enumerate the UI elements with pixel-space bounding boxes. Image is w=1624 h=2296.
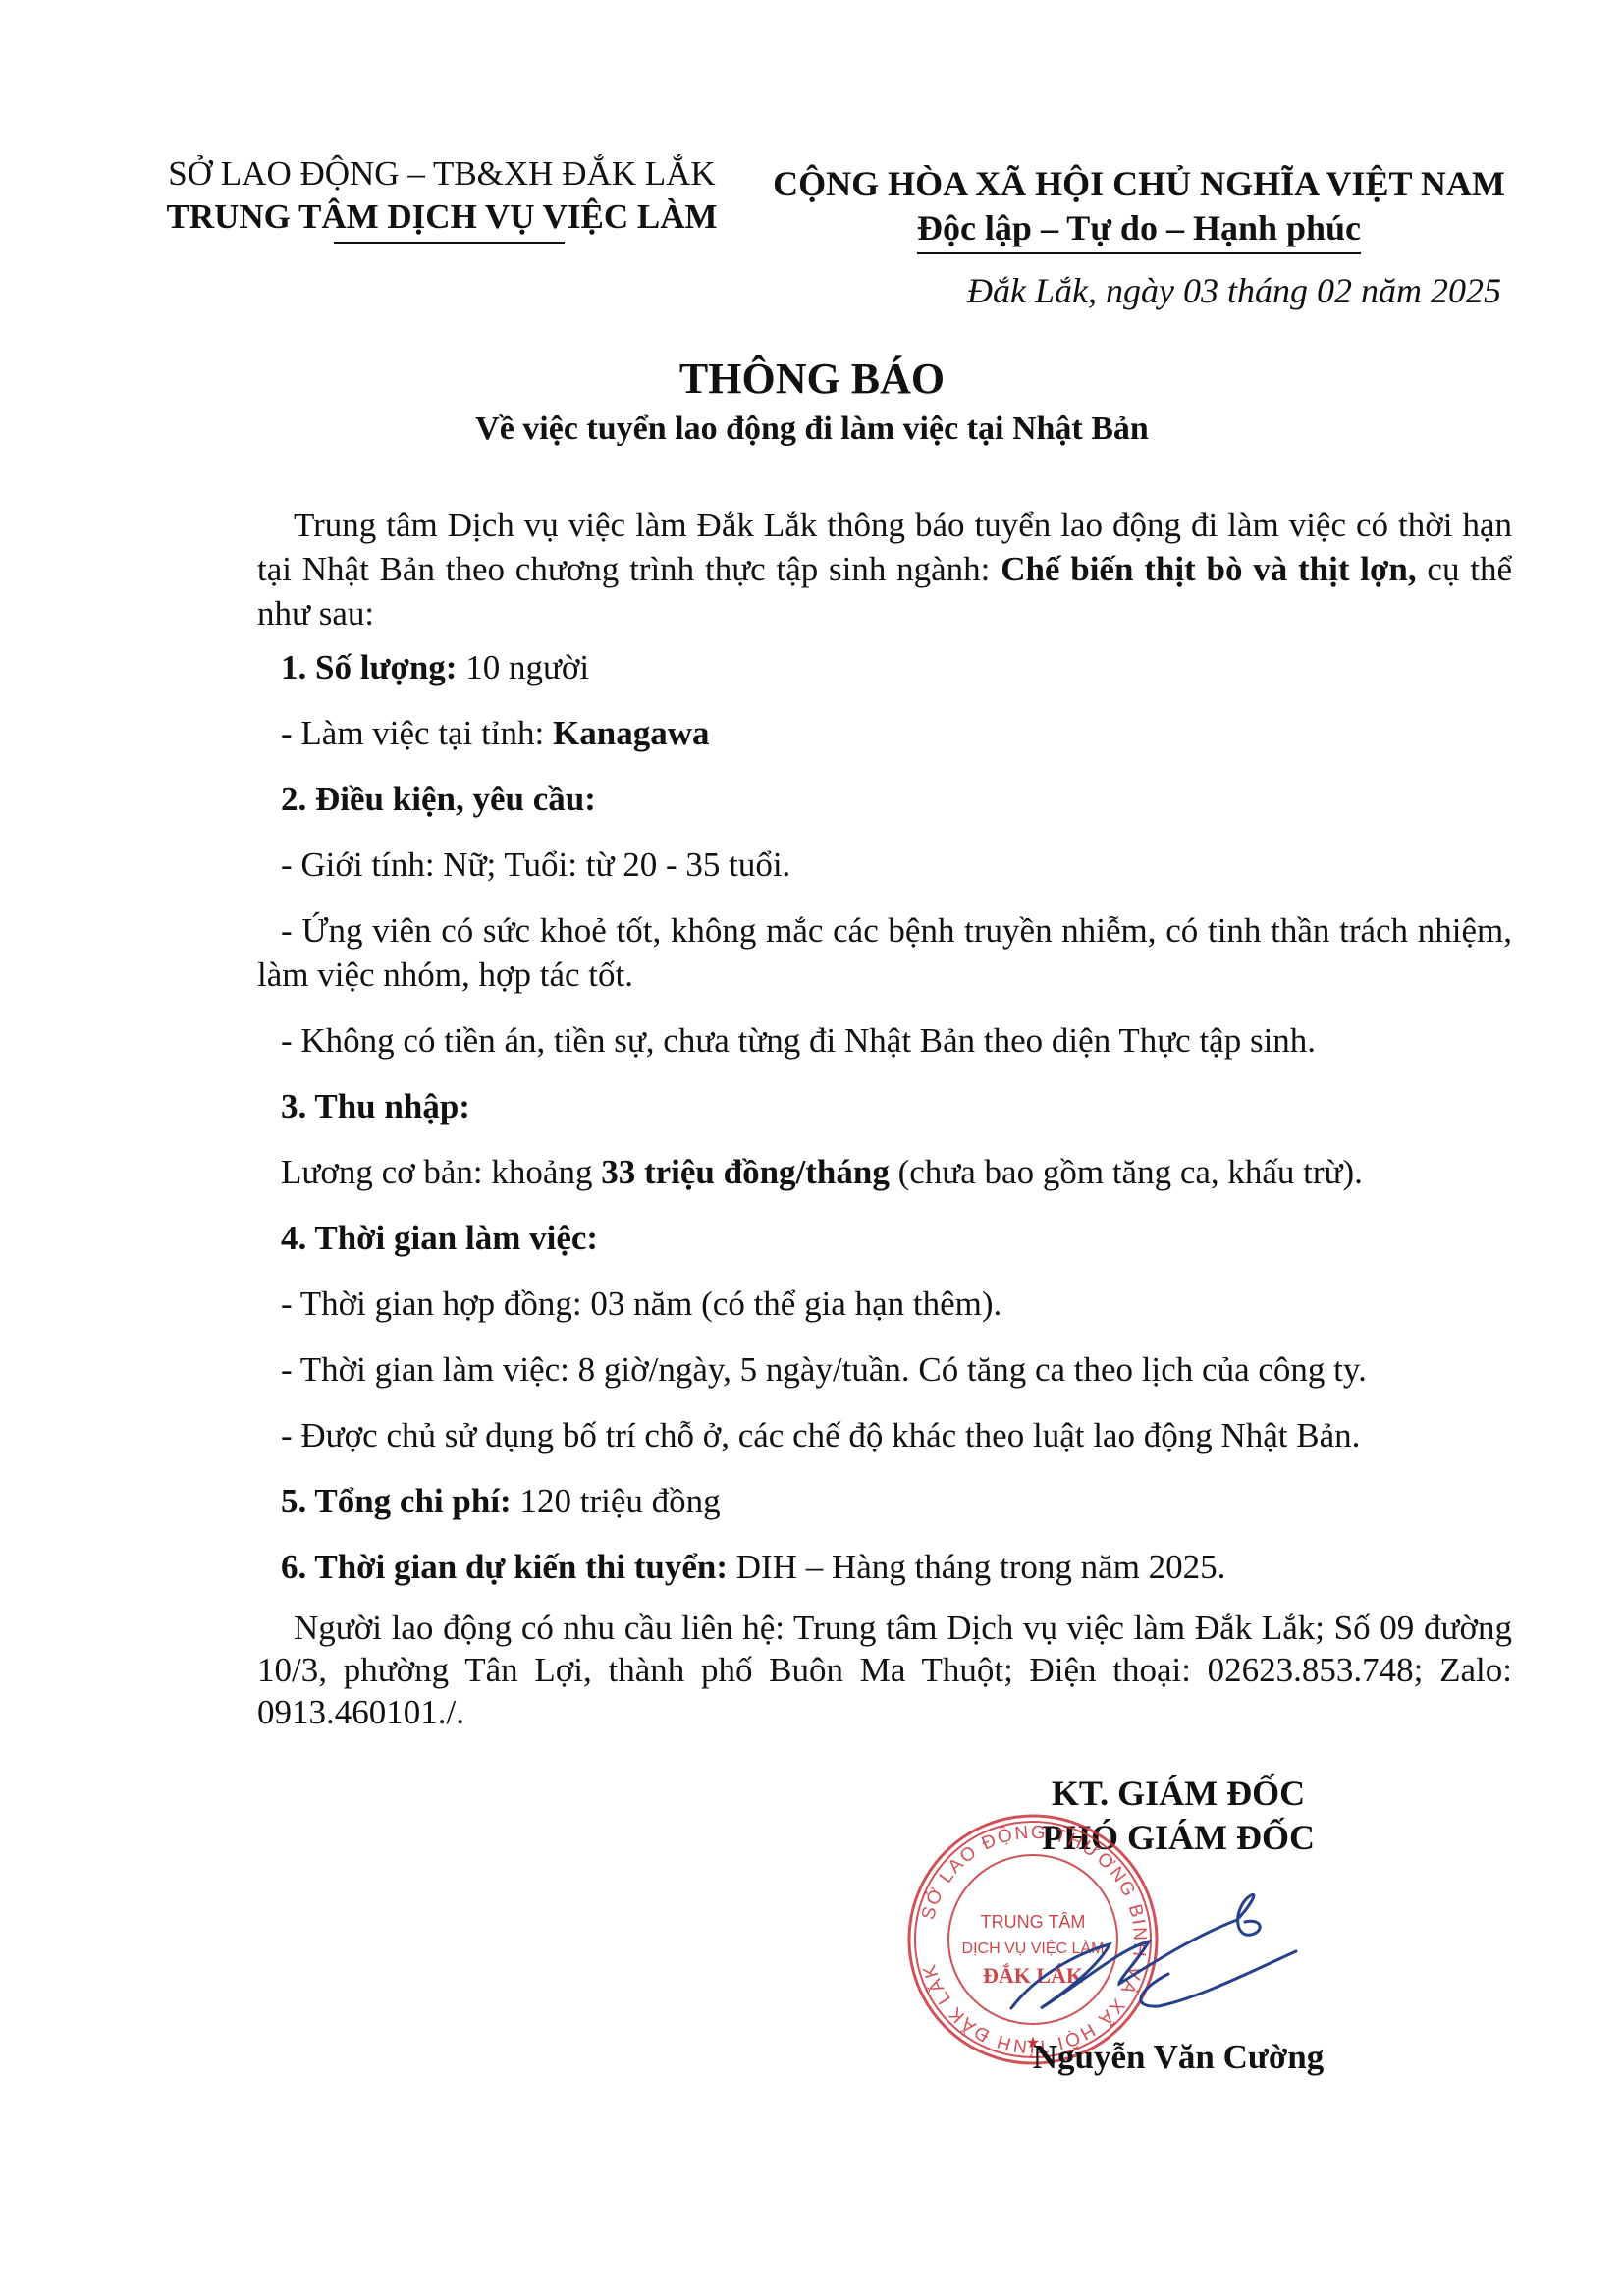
work-location: - Làm việc tại tỉnh: Kanagawa <box>257 711 1512 755</box>
section-income: 3. Thu nhập: <box>257 1084 1512 1128</box>
intro-paragraph: Trung tâm Dịch vụ việc làm Đắk Lắk thông… <box>257 503 1512 635</box>
document-page: SỞ LAO ĐỘNG – TB&XH ĐẮK LẮK TRUNG TÂM DỊ… <box>0 0 1624 2296</box>
working-time-item: - Được chủ sử dụng bố trí chỗ ở, các chế… <box>257 1413 1512 1457</box>
requirement-item: - Giới tính: Nữ; Tuổi: từ 20 - 35 tuổi. <box>257 843 1512 887</box>
issuing-agency-header: SỞ LAO ĐỘNG – TB&XH ĐẮK LẮK TRUNG TÂM DỊ… <box>147 152 736 239</box>
document-title: THÔNG BÁO <box>0 354 1624 404</box>
section-total-cost: 5. Tổng chi phí: 120 triệu đồng <box>257 1479 1512 1523</box>
national-title: CỘNG HÒA XÃ HỘI CHỦ NGHĨA VIỆT NAM <box>756 162 1522 205</box>
signature-title-1: KT. GIÁM ĐỐC <box>982 1773 1375 1814</box>
working-time-item: - Thời gian hợp đồng: 03 năm (có thể gia… <box>257 1282 1512 1326</box>
section-working-time: 4. Thời gian làm việc: <box>257 1216 1512 1260</box>
document-date: Đắk Lắk, ngày 03 tháng 02 năm 2025 <box>967 270 1501 311</box>
national-motto-header: CỘNG HÒA XÃ HỘI CHỦ NGHĨA VIỆT NAM Độc l… <box>756 162 1522 254</box>
document-subtitle: Về việc tuyển lao động đi làm việc tại N… <box>0 410 1624 448</box>
section-requirements: 2. Điều kiện, yêu cầu: <box>257 777 1512 821</box>
requirement-item: - Ứng viên có sức khoẻ tốt, không mắc cá… <box>257 908 1512 997</box>
agency-underline <box>334 242 565 244</box>
salary-line: Lương cơ bản: khoảng 33 triệu đồng/tháng… <box>257 1150 1512 1194</box>
handwritten-signature-icon <box>1001 1890 1306 2028</box>
agency-parent: SỞ LAO ĐỘNG – TB&XH ĐẮK LẮK <box>147 152 736 195</box>
agency-name: TRUNG TÂM DỊCH VỤ VIỆC LÀM <box>147 195 736 239</box>
section-quantity: 1. Số lượng: 10 người <box>257 645 1512 689</box>
document-body: Trung tâm Dịch vụ việc làm Đắk Lắk thông… <box>257 503 1512 1733</box>
working-time-item: - Thời gian làm việc: 8 giờ/ngày, 5 ngày… <box>257 1347 1512 1392</box>
contact-paragraph: Người lao động có nhu cầu liên hệ: Trung… <box>257 1607 1512 1733</box>
national-motto: Độc lập – Tự do – Hạnh phúc <box>917 205 1361 254</box>
signer-name: Nguyễn Văn Cường <box>982 2038 1375 2077</box>
requirement-item: - Không có tiền án, tiền sự, chưa từng đ… <box>257 1018 1512 1063</box>
section-exam-time: 6. Thời gian dự kiến thi tuyển: DIH – Hà… <box>257 1545 1512 1589</box>
